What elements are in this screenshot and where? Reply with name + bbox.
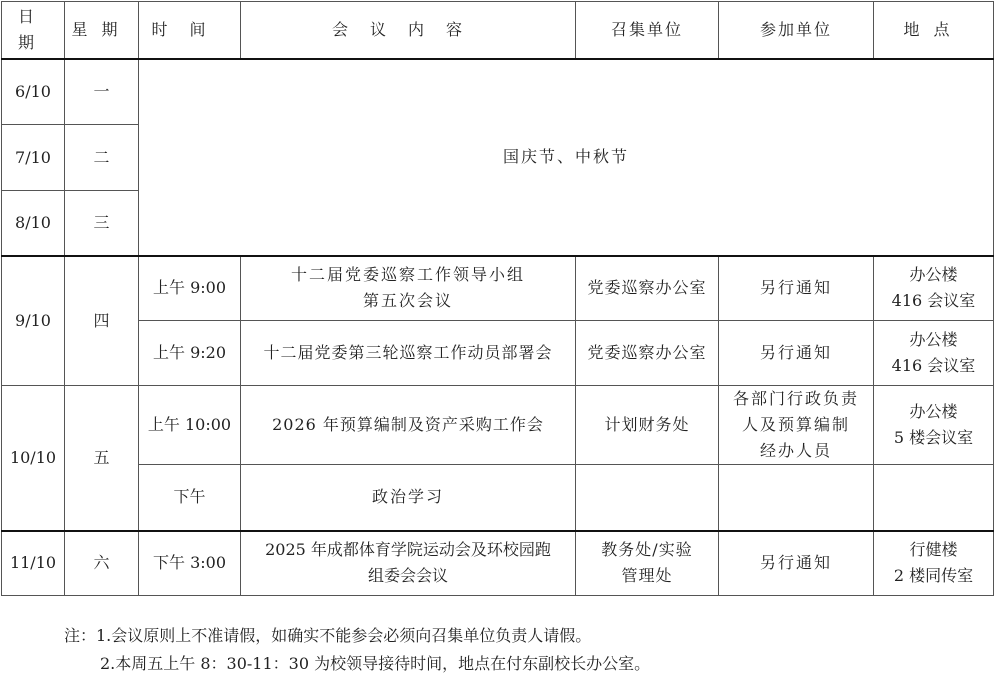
weekday-cell: 一	[65, 59, 139, 125]
convener-cell: 教务处/实验 管理处	[576, 531, 719, 596]
date-cell: 11/10	[2, 531, 65, 596]
weekday-cell: 二	[65, 125, 139, 191]
location-line: 办公楼	[878, 327, 989, 353]
header-content: 会议内容	[241, 2, 576, 59]
date-cell: 10/10	[2, 386, 65, 531]
participants-cell: 各部门行政负责 人及预算编制 经办人员	[719, 386, 874, 465]
time-cell: 上午 9:00	[139, 256, 241, 321]
time-cell: 上午 10:00	[139, 386, 241, 465]
time-cell: 下午 3:00	[139, 531, 241, 596]
convener-cell: 党委巡察办公室	[576, 256, 719, 321]
content-cell: 政治学习	[241, 465, 576, 531]
convener-cell	[576, 465, 719, 531]
location-line: 办公楼	[878, 399, 989, 425]
date-cell: 9/10	[2, 256, 65, 386]
header-convener: 召集单位	[576, 2, 719, 59]
location-line: 办公楼	[878, 262, 989, 288]
table-row: 下午 政治学习	[2, 465, 994, 531]
content-line: 组委会会议	[245, 563, 571, 589]
weekly-meeting-schedule-table: 日期 星期 时间 会议内容 召集单位 参加单位 地点 6/10 一 国庆节、中秋…	[1, 1, 994, 596]
table-row: 9/10 四 上午 9:00 十二届党委巡察工作领导小组 第五次会议 党委巡察办…	[2, 256, 994, 321]
content-cell: 2025 年成都体育学院运动会及环校园跑 组委会会议	[241, 531, 576, 596]
participants-line: 各部门行政负责	[723, 386, 869, 412]
header-participants: 参加单位	[719, 2, 874, 59]
header-date: 日期	[2, 2, 65, 59]
table-row: 上午 9:20 十二届党委第三轮巡察工作动员部署会 党委巡察办公室 另行通知 办…	[2, 321, 994, 386]
location-line: 2 楼同传室	[878, 563, 989, 589]
location-line: 行健楼	[878, 537, 989, 563]
time-cell: 下午	[139, 465, 241, 531]
date-cell: 6/10	[2, 59, 65, 125]
content-cell: 2026 年预算编制及资产采购工作会	[241, 386, 576, 465]
content-cell: 十二届党委第三轮巡察工作动员部署会	[241, 321, 576, 386]
participants-cell	[719, 465, 874, 531]
weekday-cell: 三	[65, 191, 139, 256]
convener-line: 管理处	[580, 563, 714, 589]
participants-line: 人及预算编制	[723, 412, 869, 438]
location-line: 416 会议室	[878, 353, 989, 379]
content-line: 十二届党委巡察工作领导小组	[245, 262, 571, 288]
date-cell: 7/10	[2, 125, 65, 191]
header-row: 日期 星期 时间 会议内容 召集单位 参加单位 地点	[2, 2, 994, 59]
convener-line: 教务处/实验	[580, 537, 714, 563]
content-line: 第五次会议	[245, 288, 571, 314]
header-time: 时间	[139, 2, 241, 59]
note-line-1: 注：1.会议原则上不准请假，如确实不能参会必须向召集单位负责人请假。	[64, 622, 650, 650]
location-line: 5 楼会议室	[878, 425, 989, 451]
table-row: 11/10 六 下午 3:00 2025 年成都体育学院运动会及环校园跑 组委会…	[2, 531, 994, 596]
participants-cell: 另行通知	[719, 321, 874, 386]
table-row: 6/10 一 国庆节、中秋节	[2, 59, 994, 125]
location-line: 416 会议室	[878, 288, 989, 314]
holiday-cell: 国庆节、中秋节	[139, 59, 994, 256]
location-cell	[874, 465, 994, 531]
note-line-2: 2.本周五上午 8：30-11：30 为校领导接待时间，地点在付东副校长办公室。	[64, 650, 650, 676]
convener-cell: 党委巡察办公室	[576, 321, 719, 386]
notes-section: 注：1.会议原则上不准请假，如确实不能参会必须向召集单位负责人请假。 2.本周五…	[64, 622, 650, 676]
weekday-cell: 六	[65, 531, 139, 596]
location-cell: 行健楼 2 楼同传室	[874, 531, 994, 596]
time-cell: 上午 9:20	[139, 321, 241, 386]
convener-cell: 计划财务处	[576, 386, 719, 465]
location-cell: 办公楼 416 会议室	[874, 256, 994, 321]
date-cell: 8/10	[2, 191, 65, 256]
weekday-cell: 四	[65, 256, 139, 386]
header-location: 地点	[874, 2, 994, 59]
weekday-cell: 五	[65, 386, 139, 531]
participants-cell: 另行通知	[719, 531, 874, 596]
content-cell: 十二届党委巡察工作领导小组 第五次会议	[241, 256, 576, 321]
location-cell: 办公楼 416 会议室	[874, 321, 994, 386]
participants-line: 经办人员	[723, 438, 869, 464]
content-line: 2025 年成都体育学院运动会及环校园跑	[245, 537, 571, 563]
table-row: 10/10 五 上午 10:00 2026 年预算编制及资产采购工作会 计划财务…	[2, 386, 994, 465]
participants-cell: 另行通知	[719, 256, 874, 321]
header-weekday: 星期	[65, 2, 139, 59]
location-cell: 办公楼 5 楼会议室	[874, 386, 994, 465]
